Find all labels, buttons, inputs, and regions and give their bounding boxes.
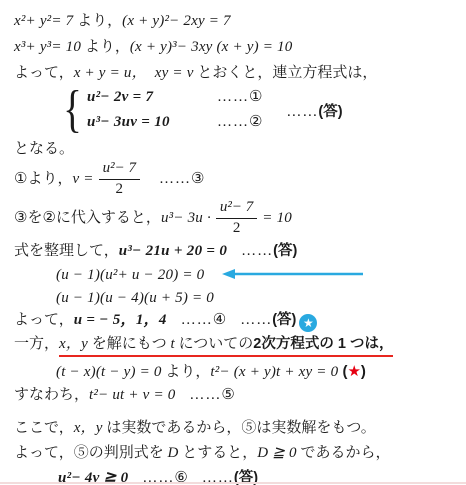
leader-dots: …… xyxy=(217,85,249,110)
fraction: u²− 72 xyxy=(99,160,140,198)
solution-line-5: となる。 xyxy=(14,136,466,160)
jp-text: すなわち， xyxy=(14,387,89,403)
system-equation-1: u²− 2v = 7……① xyxy=(87,85,262,110)
jp-text: ここで， xyxy=(14,420,74,436)
jp-text: より， xyxy=(162,364,211,380)
fraction-denominator: 2 xyxy=(99,180,140,198)
math-text: u³− 21u + 20 = 0 xyxy=(119,243,227,259)
math-text: v = xyxy=(72,160,93,198)
math-text: u²− 2v = 7 xyxy=(87,85,217,110)
solution-line-2: x³+ y³= 10 より，(x + y)³− 3xy (x + y) = 10 xyxy=(14,34,466,60)
math-text: (t − x)(t − y) = 0 xyxy=(56,364,162,380)
circled-number-3: ③ xyxy=(14,199,27,237)
leader-dots: …… xyxy=(217,110,249,135)
answer-label: (答) xyxy=(272,312,296,328)
solution-line-12: 一方，x，y を解にもつ t についての2次方程式の 1 つは， xyxy=(14,331,466,359)
circled-number-5: ⑤ xyxy=(241,420,256,436)
jp-text: に代入すると， xyxy=(56,199,161,237)
circled-number-1: ① xyxy=(14,160,27,198)
math-text: u³− 3uv = 10 xyxy=(87,110,217,135)
math-text: D xyxy=(167,445,178,461)
math-text: x²+ y²= 7 xyxy=(14,13,73,29)
jp-text: よって， xyxy=(14,312,74,328)
fraction-numerator: u²− 7 xyxy=(216,199,257,218)
jp-text: を xyxy=(27,199,42,237)
math-text: x + y = u， xyxy=(74,65,147,81)
math-text: x³+ y³= 10 xyxy=(14,39,81,55)
jp-text: は実数解をもつ。 xyxy=(256,420,375,436)
jp-text: 一方， xyxy=(14,336,59,352)
circled-number-2: ② xyxy=(249,110,262,135)
jp-text: とすると， xyxy=(179,445,258,461)
math-solution-page: x²+ y²= 7 より，(x + y)²− 2xy = 7 x³+ y³= 1… xyxy=(0,0,466,485)
math-text: (u − 1)(u − 4)(u + 5) = 0 xyxy=(56,290,214,306)
math-text: (u − 1)(u²+ u − 20) = 0 xyxy=(56,267,204,283)
fraction-numerator: u²− 7 xyxy=(99,160,140,179)
jp-text: より， xyxy=(73,13,122,29)
red-underlined-text: x，y を解にもつ t についての2次方程式の 1 つは， xyxy=(59,336,393,357)
system-equations: u²− 2v = 7……① u³− 3uv = 10……② xyxy=(87,85,262,135)
jp-text: より， xyxy=(81,39,130,55)
jp-text: より， xyxy=(27,160,72,198)
page-bottom-divider xyxy=(0,482,466,484)
circled-number-1: ① xyxy=(249,85,262,110)
answer-label: (答) xyxy=(273,243,297,259)
solution-line-15: ここで，x，y は実数であるから，⑤は実数解をもつ。 xyxy=(14,415,466,440)
math-text: x，y xyxy=(59,336,88,352)
red-star-icon: ★ xyxy=(347,364,360,380)
circled-number-2: ② xyxy=(42,199,55,237)
leader-dots: …… xyxy=(189,387,221,403)
solution-line-1: x²+ y²= 7 より，(x + y)²− 2xy = 7 xyxy=(14,8,466,34)
circled-number-4: ④ xyxy=(213,312,226,328)
math-text: u³− 3u · xyxy=(161,199,211,237)
jp-text: 式を整理して， xyxy=(14,243,119,259)
solution-line-13: (t − x)(t − y) = 0 より，t²− (x + y)t + xy … xyxy=(56,359,466,382)
equation-system: { u²− 2v = 7……① u³− 3uv = 10……② ……(答) xyxy=(60,84,466,136)
solution-line-7: ③を②に代入すると，u³− 3u ·u²− 72= 10 xyxy=(14,198,466,238)
math-text: (x + y)³− 3xy (x + y) = 10 xyxy=(130,39,293,55)
leader-dots: …… xyxy=(181,312,213,328)
star-badge-icon: ★ xyxy=(299,314,317,332)
solution-line-8: 式を整理して，u³− 21u + 20 = 0……(答) xyxy=(14,238,466,262)
leader-dots: …… xyxy=(240,312,272,328)
math-text: u = − 5，1，4 xyxy=(74,312,167,328)
circled-number-5: ⑤ xyxy=(221,387,234,403)
system-answer: ……(答) xyxy=(286,100,342,121)
answer-label: (答) xyxy=(318,104,342,120)
leader-dots: …… xyxy=(241,243,273,259)
jp-text: よって， xyxy=(14,65,74,81)
fraction: u²− 72 xyxy=(216,199,257,237)
circled-number-3: ③ xyxy=(191,160,204,198)
jp-text: とおくと，連立方程式は， xyxy=(194,65,378,81)
jp-text: についての xyxy=(175,336,253,352)
solution-line-11: よって，u = − 5，1，4……④……(答)★ xyxy=(14,307,466,331)
circled-number-5: ⑤ xyxy=(74,445,89,461)
leader-dots: …… xyxy=(159,160,191,198)
brace-glyph: { xyxy=(63,85,82,135)
solution-line-14: すなわち，t²− ut + v = 0……⑤ xyxy=(14,382,466,408)
jp-text: よって， xyxy=(14,445,74,461)
jp-text: は実数であるから， xyxy=(103,420,242,436)
math-text: t²− ut + v = 0 xyxy=(89,387,175,403)
jp-text: であるから， xyxy=(297,445,391,461)
math-text: t²− (x + y)t + xy = 0 xyxy=(210,364,338,380)
solution-line-16: よって，⑤の判別式を D とすると，D ≧ 0 であるから， xyxy=(14,440,466,465)
math-text: D ≧ 0 xyxy=(257,445,296,461)
math-text: xy = v xyxy=(155,65,194,81)
solution-line-9: (u − 1)(u²+ u − 20) = 0 xyxy=(56,262,466,285)
jp-text: を解にもつ xyxy=(88,336,171,352)
jp-text: の判別式を xyxy=(89,445,168,461)
emphasis-text: 2次方程式の 1 つは， xyxy=(253,336,393,352)
solution-line-6: ①より，v =u²− 72……③ xyxy=(14,160,466,198)
left-arrow-icon xyxy=(222,263,364,289)
math-text: (x + y)²− 2xy = 7 xyxy=(122,13,231,29)
jp-text: となる。 xyxy=(14,141,74,157)
system-equation-2: u³− 3uv = 10……② xyxy=(87,110,262,135)
math-text: = 10 xyxy=(262,199,292,237)
leader-dots: …… xyxy=(286,104,318,120)
fraction-denominator: 2 xyxy=(216,219,257,237)
math-text: x，y xyxy=(74,420,103,436)
paren-close: ) xyxy=(361,363,366,380)
